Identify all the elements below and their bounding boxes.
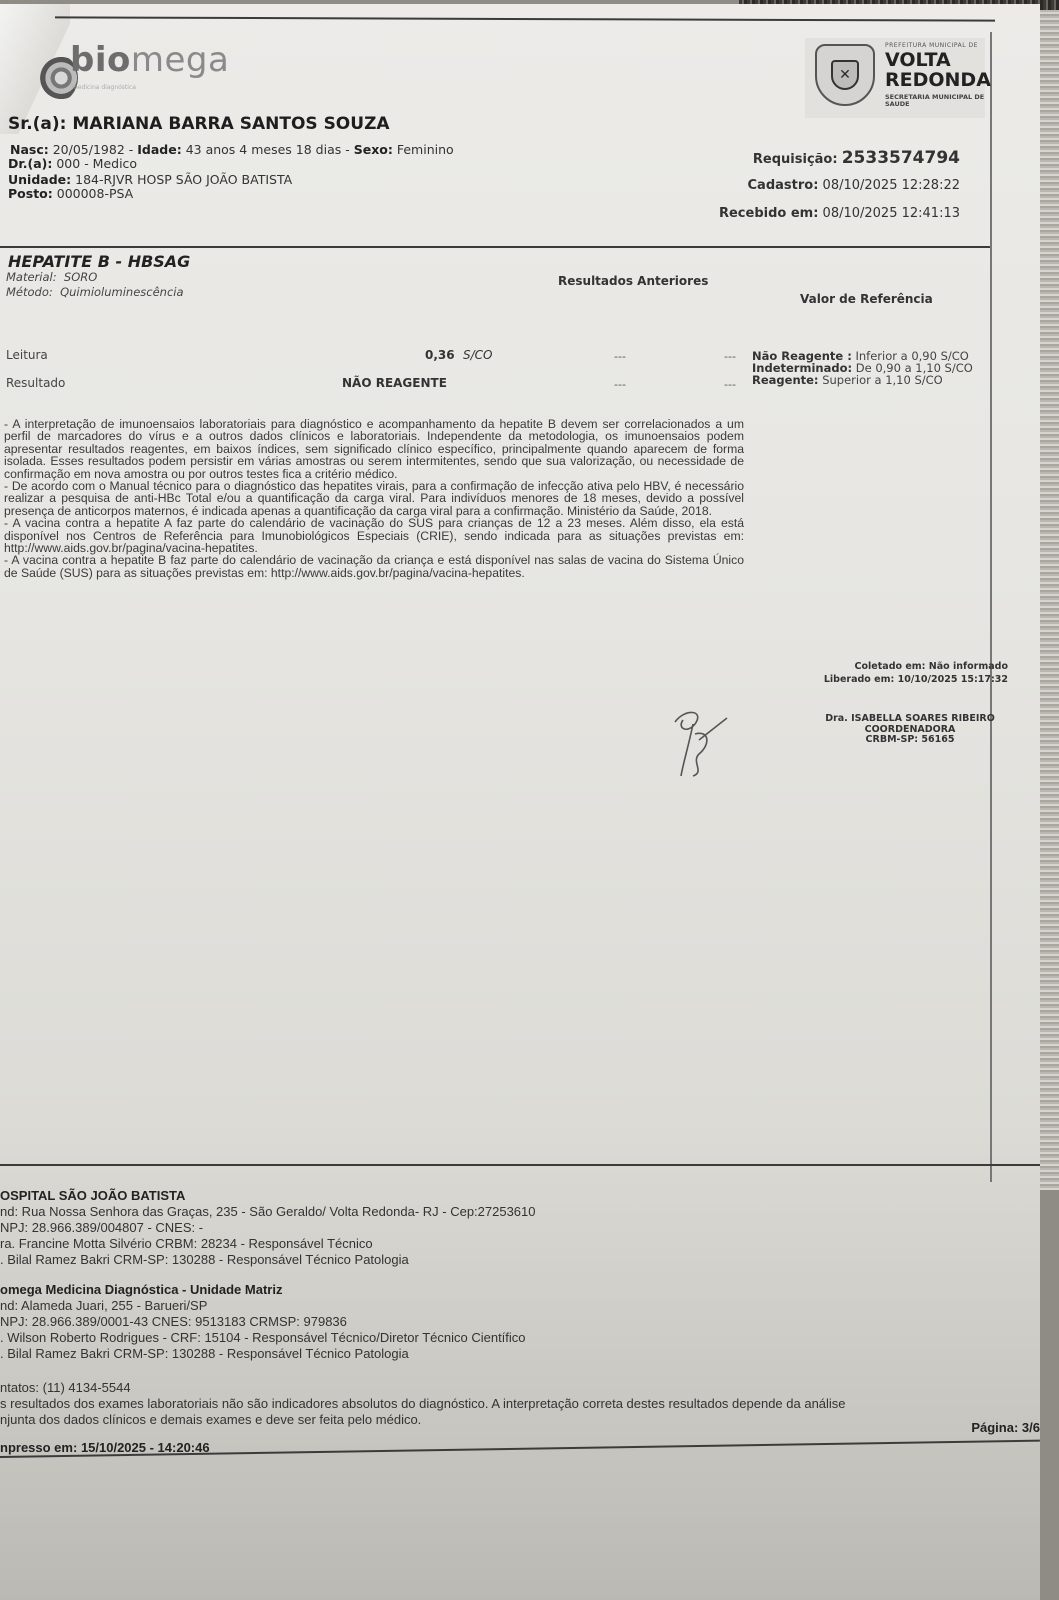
previous-result-2: ---: [724, 378, 736, 391]
lab-report-page: biomega medicina diagnóstica ✕ PREFEITUR…: [0, 4, 1040, 1600]
patient-unit: Unidade: 184-RJVR HOSP SÃO JOÃO BATISTA: [8, 172, 292, 187]
released-date: Liberado em: 10/10/2025 15:17:32: [824, 675, 1008, 686]
contacts: ntatos: (11) 4134-5544: [0, 1380, 846, 1396]
exam-method: Método: Quimioluminescência: [6, 285, 184, 299]
previous-result-1: ---: [614, 350, 626, 363]
patient-demographics: Nasc: 20/05/1982 - Idade: 43 anos 4 mese…: [10, 142, 454, 157]
signer-name: Dra. ISABELLA SOARES RIBEIRO: [810, 714, 1010, 725]
exam-title: HEPATITE B - HBSAG: [8, 252, 190, 271]
biomega-logo: biomega medicina diagnóstica: [20, 36, 220, 106]
previous-results-header: Resultados Anteriores: [558, 274, 708, 288]
reading-value: 0,36 S/CO: [425, 348, 492, 362]
result-label: Resultado: [6, 376, 65, 390]
reading-label: Leitura: [6, 348, 48, 362]
reference-values: Não Reagente : Inferior a 0,90 S/CO Inde…: [752, 350, 973, 386]
volta-redonda-logo: ✕ PREFEITURA MUNICIPAL DE VOLTA REDONDA …: [805, 38, 985, 118]
page-number: Página: 3/6: [971, 1420, 1040, 1436]
received-date: Recebido em: 08/10/2025 12:41:13: [719, 206, 960, 221]
right-border: [990, 32, 992, 1182]
requesting-doctor: Dr.(a): 000 - Medico: [8, 156, 137, 171]
footer-divider: [0, 1164, 1040, 1166]
request-number: Requisição: 2533574794: [753, 148, 960, 168]
result-value: NÃO REAGENTE: [342, 376, 447, 390]
previous-result-1: ---: [614, 378, 626, 391]
signer-block: Dra. ISABELLA SOARES RIBEIRO COORDENADOR…: [810, 714, 1010, 746]
exam-material: Material: SORO: [6, 270, 97, 284]
register-date: Cadastro: 08/10/2025 12:28:22: [748, 178, 960, 193]
previous-result-2: ---: [724, 350, 736, 363]
collected-date: Coletado em: Não informado: [855, 662, 1008, 673]
hospital-info: OSPITAL SÃO JOÃO BATISTA nd: Rua Nossa S…: [0, 1188, 536, 1268]
patient-name: Sr.(a): MARIANA BARRA SANTOS SOUZA: [8, 114, 390, 134]
patient-post: Posto: 000008-PSA: [8, 186, 133, 201]
reference-header: Valor de Referência: [800, 292, 933, 306]
disclaimer: ntatos: (11) 4134-5544 s resultados dos …: [0, 1380, 846, 1428]
city-crest-icon: ✕: [815, 44, 875, 106]
matrix-unit-info: omega Medicina Diagnóstica - Unidade Mat…: [0, 1282, 526, 1362]
exam-notes: - A interpretação de imunoensaios labora…: [4, 418, 744, 579]
signer-registration: CRBM-SP: 56165: [810, 735, 1010, 746]
top-border: [55, 16, 995, 21]
signature-icon: [665, 704, 745, 784]
section-divider: [0, 246, 990, 248]
